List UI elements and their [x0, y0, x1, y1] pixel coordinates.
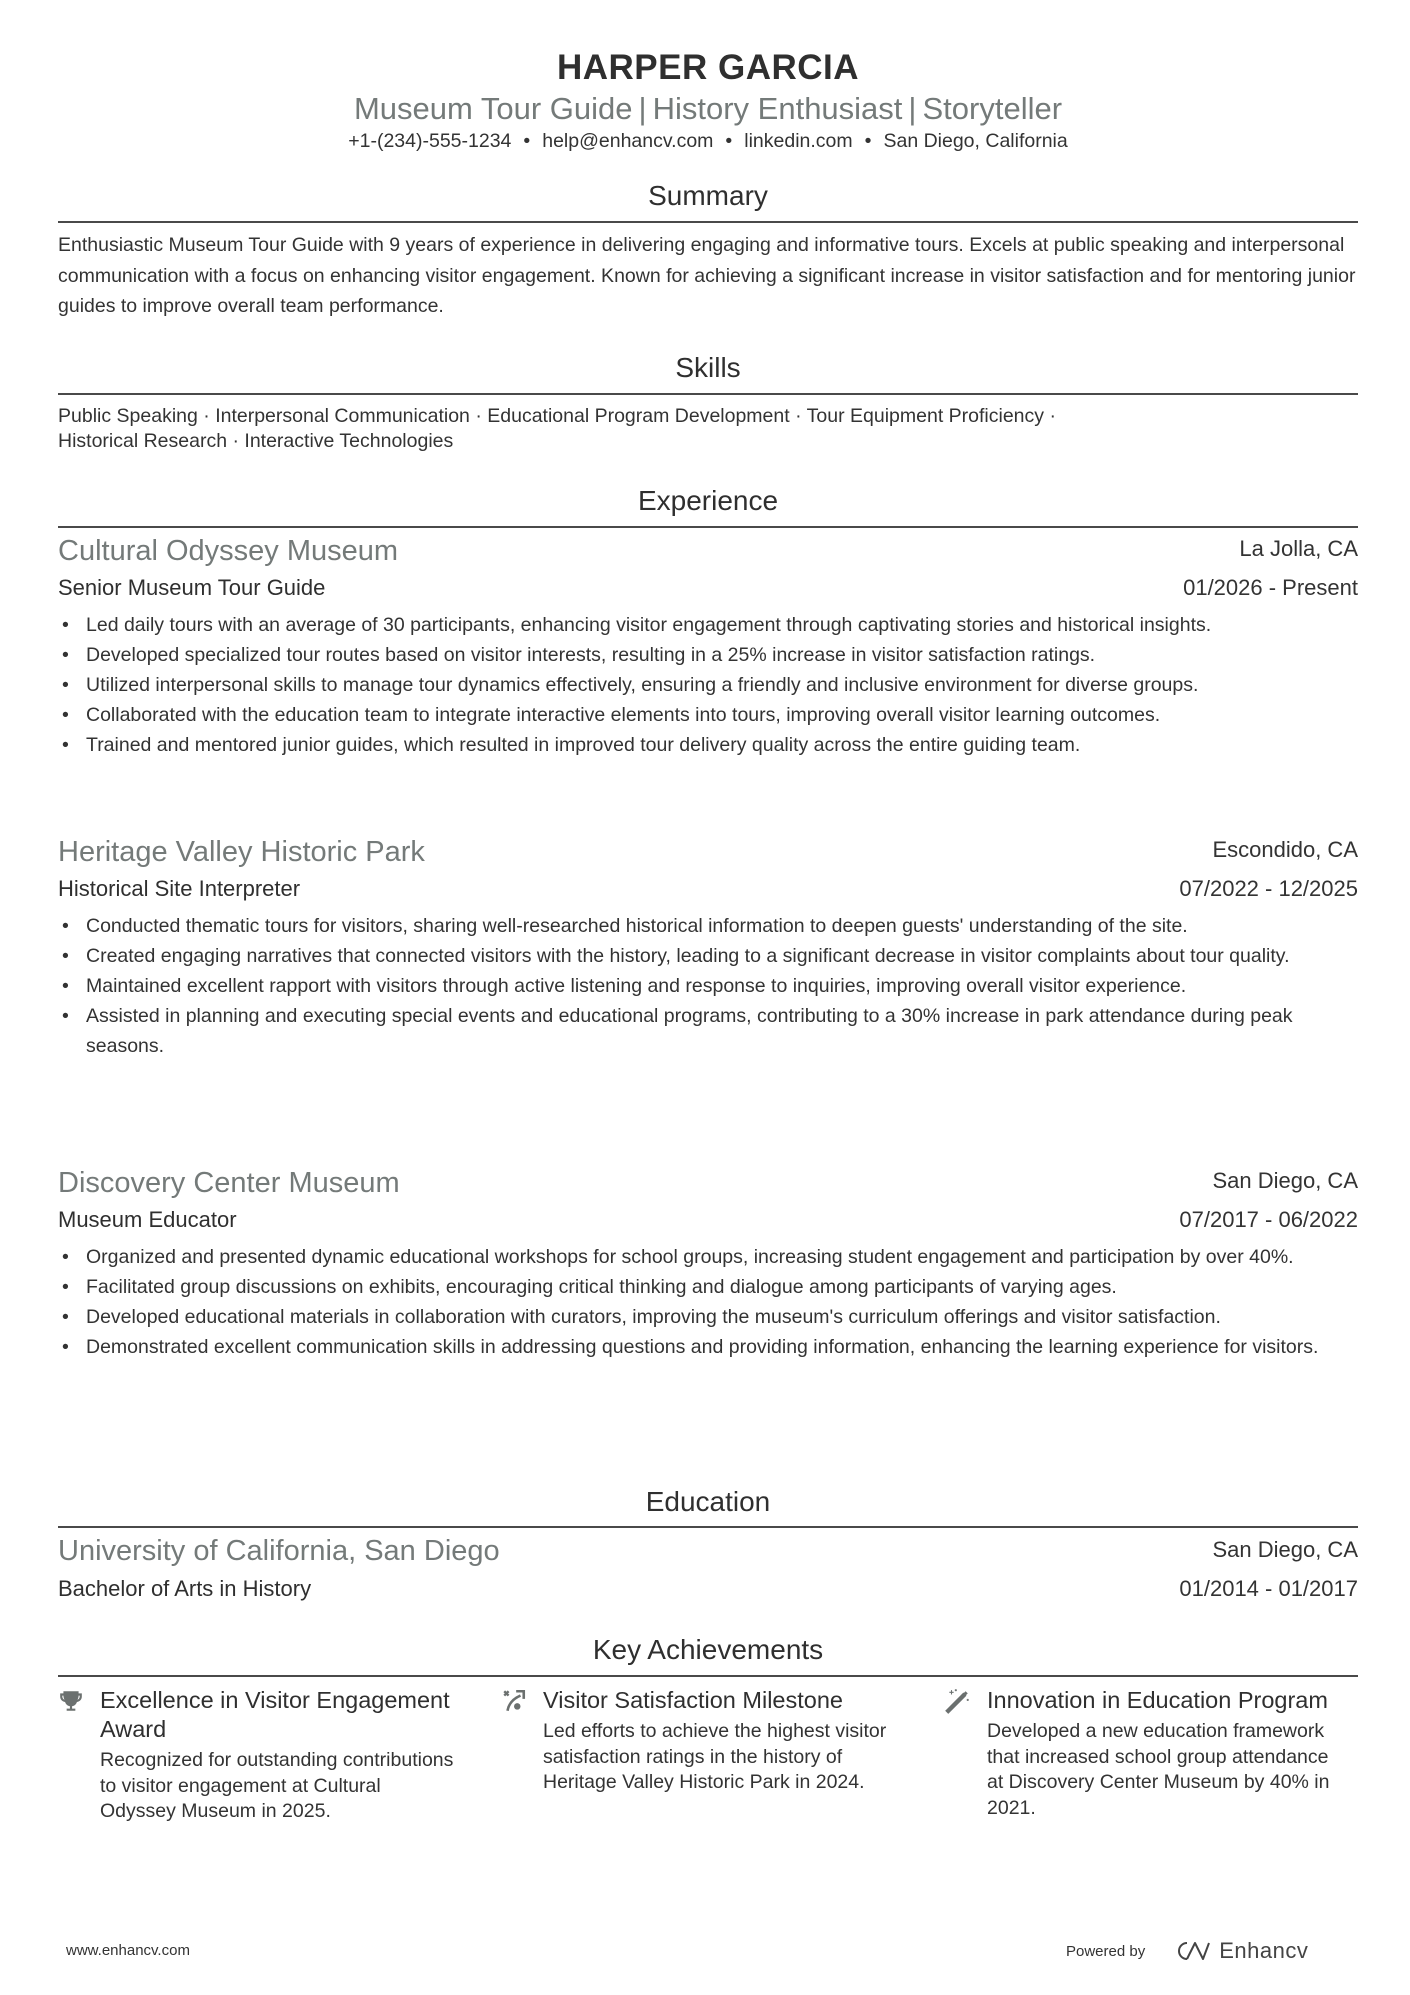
skill-separator: · — [470, 405, 487, 427]
achievement-description: Recognized for outstanding contributions… — [100, 1748, 460, 1825]
headline-title: History Enthusiast — [653, 91, 903, 126]
bullet-item: Organized and presented dynamic educatio… — [86, 1242, 1358, 1272]
magic-wand-icon — [945, 1688, 973, 1716]
section-divider — [58, 526, 1358, 528]
job-bullets: Organized and presented dynamic educatio… — [58, 1242, 1358, 1362]
bullet-item: Assisted in planning and executing speci… — [86, 1001, 1358, 1061]
achievement-title: Excellence in Visitor Engagement Award — [100, 1686, 490, 1744]
summary-text: Enthusiastic Museum Tour Guide with 9 ye… — [58, 230, 1358, 322]
phone[interactable]: +1-(234)-555-1234 — [348, 130, 511, 152]
bullet-item: Led daily tours with an average of 30 pa… — [86, 610, 1358, 640]
section-heading-experience: Experience — [58, 485, 1358, 517]
company-name: Cultural Odyssey Museum — [58, 535, 398, 568]
trophy-icon — [58, 1688, 86, 1716]
headline: Museum Tour Guide|History Enthusiast|Sto… — [58, 91, 1358, 127]
school-name: University of California, San Diego — [58, 1535, 500, 1568]
job-bullets: Led daily tours with an average of 30 pa… — [58, 610, 1358, 760]
skill-item: Interpersonal Communication — [215, 405, 470, 427]
job-title: Historical Site Interpreter — [58, 876, 300, 902]
job-dates: 07/2017 - 06/2022 — [1179, 1207, 1358, 1233]
bullet-item: Collaborated with the education team to … — [86, 700, 1358, 730]
skill-item: Historical Research — [58, 430, 227, 452]
company-name: Heritage Valley Historic Park — [58, 836, 425, 869]
bullet-item: Conducted thematic tours for visitors, s… — [86, 911, 1358, 941]
job-dates: 07/2022 - 12/2025 — [1179, 876, 1358, 902]
candidate-name: HARPER GARCIA — [58, 48, 1358, 88]
headline-title: Museum Tour Guide — [354, 91, 633, 126]
bullet-item: Developed specialized tour routes based … — [86, 640, 1358, 670]
bullet-item: Demonstrated excellent communication ski… — [86, 1332, 1358, 1362]
achievement-description: Developed a new education framework that… — [987, 1719, 1347, 1821]
skill-item: Public Speaking — [58, 405, 198, 427]
section-divider — [58, 393, 1358, 395]
bullet-item: Maintained excellent rapport with visito… — [86, 971, 1358, 1001]
skill-separator: · — [198, 405, 215, 427]
bullet-item: Developed educational materials in colla… — [86, 1302, 1358, 1332]
section-heading-skills: Skills — [58, 352, 1358, 384]
skill-item: Educational Program Development — [487, 405, 789, 427]
section-heading-achievements: Key Achievements — [58, 1634, 1358, 1666]
contact-separator: • — [853, 130, 884, 152]
contact-separator: • — [511, 130, 542, 152]
contact-separator: • — [713, 130, 744, 152]
enhancv-logo-icon — [1173, 1939, 1213, 1963]
job-location: San Diego, CA — [1212, 1168, 1358, 1194]
bullet-item: Facilitated group discussions on exhibit… — [86, 1272, 1358, 1302]
job-title: Senior Museum Tour Guide — [58, 575, 325, 601]
bullet-item: Trained and mentored junior guides, whic… — [86, 730, 1358, 760]
location: San Diego, California — [883, 130, 1067, 152]
brand-name[interactable]: Enhancv — [1219, 1938, 1308, 1964]
achievement-description: Led efforts to achieve the highest visit… — [543, 1719, 903, 1796]
footer-website-link[interactable]: www.enhancv.com — [66, 1942, 190, 1959]
section-heading-education: Education — [58, 1486, 1358, 1518]
skill-separator: · — [227, 430, 244, 452]
route-icon — [501, 1688, 529, 1716]
email[interactable]: help@enhancv.com — [542, 130, 713, 152]
degree: Bachelor of Arts in History — [58, 1576, 311, 1602]
section-divider — [58, 1526, 1358, 1528]
job-location: La Jolla, CA — [1239, 536, 1358, 562]
company-name: Discovery Center Museum — [58, 1167, 400, 1200]
footer-branding: Powered by Enhancv — [1066, 1938, 1308, 1964]
job-dates: 01/2026 - Present — [1183, 575, 1358, 601]
headline-separator: | — [902, 91, 922, 126]
job-location: Escondido, CA — [1212, 837, 1358, 863]
powered-by-label: Powered by — [1066, 1943, 1145, 1960]
bullet-item: Created engaging narratives that connect… — [86, 941, 1358, 971]
job-title: Museum Educator — [58, 1207, 237, 1233]
headline-title: Storyteller — [922, 91, 1062, 126]
section-divider — [58, 1675, 1358, 1677]
school-location: San Diego, CA — [1212, 1537, 1358, 1563]
skills-list: Public Speaking · Interpersonal Communic… — [58, 404, 1358, 454]
skill-item: Tour Equipment Proficiency — [807, 405, 1044, 427]
education-dates: 01/2014 - 01/2017 — [1179, 1576, 1358, 1602]
bullet-item: Utilized interpersonal skills to manage … — [86, 670, 1358, 700]
skill-separator: · — [790, 405, 807, 427]
job-bullets: Conducted thematic tours for visitors, s… — [58, 911, 1358, 1061]
skill-separator: · — [1044, 405, 1056, 427]
contact-info: +1-(234)-555-1234•help@enhancv.com•linke… — [58, 130, 1358, 153]
skill-item: Interactive Technologies — [244, 430, 453, 452]
section-heading-summary: Summary — [58, 180, 1358, 212]
headline-separator: | — [633, 91, 653, 126]
achievement-title: Visitor Satisfaction Milestone — [543, 1686, 933, 1715]
linkedin-link[interactable]: linkedin.com — [744, 130, 852, 152]
section-divider — [58, 221, 1358, 223]
achievement-title: Innovation in Education Program — [987, 1686, 1377, 1715]
